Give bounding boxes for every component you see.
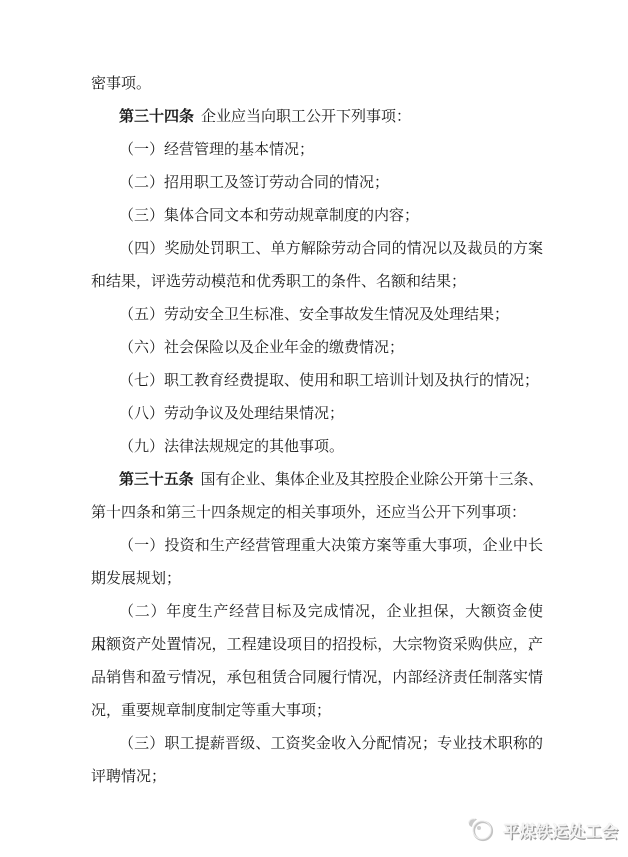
document-line: 品销售和盈亏情况，承包租赁合同履行情况，内部经济责任制落实情 <box>91 662 543 695</box>
document-line: （七）职工教育经费提取、使用和职工培训计划及执行的情况； <box>91 365 543 398</box>
document-line: （五）劳动安全卫生标准、安全事故发生情况及处理结果； <box>91 299 543 332</box>
document-line: （一）经营管理的基本情况； <box>91 134 543 167</box>
document-line: （一）投资和生产经营管理重大决策方案等重大事项，企业中长 <box>91 530 543 563</box>
union-logo-icon <box>464 813 498 847</box>
document-line: 第三十五条国有企业、集体企业及其控股企业除公开第十三条、 <box>91 464 543 497</box>
line-text: 第十四条和第三十四条规定的相关事项外，还应当公开下列事项： <box>91 505 526 521</box>
line-text: 国有企业、集体企业及其控股企业除公开第十三条、 <box>201 472 543 488</box>
line-text: 密事项。 <box>91 76 151 92</box>
line-text: （一）投资和生产经营管理重大决策方案等重大事项，企业中长 <box>119 538 543 554</box>
line-text: （六）社会保险以及企业年金的缴费情况； <box>119 340 404 356</box>
document-line: （八）劳动争议及处理结果情况； <box>91 398 543 431</box>
line-text: 评聘情况； <box>91 769 166 785</box>
line-text: 况，重要规章制度制定等重大事项； <box>91 703 331 719</box>
document-line: 密事项。 <box>91 68 543 101</box>
line-text: （二）招用职工及签订劳动合同的情况； <box>119 175 389 191</box>
line-text: （九）法律法规规定的其他事项。 <box>119 439 344 455</box>
line-text: 企业应当向职工公开下列事项： <box>201 109 411 125</box>
line-text: （三）集体合同文本和劳动规章制度的内容； <box>119 208 419 224</box>
document-line: （二）招用职工及签订劳动合同的情况； <box>91 167 543 200</box>
line-text: （三）职工提薪晋级、工资奖金收入分配情况；专业技术职称的 <box>119 736 543 752</box>
line-text: 期发展规划； <box>91 571 181 587</box>
line-text: （五）劳动安全卫生标准、安全事故发生情况及处理结果； <box>119 307 509 323</box>
line-text: （七）职工教育经费提取、使用和职工培训计划及执行的情况； <box>119 373 539 389</box>
line-text: （八）劳动争议及处理结果情况； <box>119 406 344 422</box>
line-text: 大额资产处置情况，工程建设项目的招投标，大宗物资采购供应，产 <box>91 637 543 653</box>
line-text: 品销售和盈亏情况，承包租赁合同履行情况，内部经济责任制落实情 <box>91 670 543 686</box>
document-line: 评聘情况； <box>91 761 543 794</box>
document-line: 第十四条和第三十四条规定的相关事项外，还应当公开下列事项： <box>91 497 543 530</box>
document-line: （四）奖励处罚职工、单方解除劳动合同的情况以及裁员的方案 <box>91 233 543 266</box>
document-line: （三）集体合同文本和劳动规章制度的内容； <box>91 200 543 233</box>
document-line: 和结果，评选劳动模范和优秀职工的条件、名额和结果； <box>91 266 543 299</box>
document-body: 密事项。第三十四条企业应当向职工公开下列事项：（一）经营管理的基本情况；（二）招… <box>91 68 543 794</box>
document-line: 大额资产处置情况，工程建设项目的招投标，大宗物资采购供应，产 <box>91 629 543 662</box>
document-line: （三）职工提薪晋级、工资奖金收入分配情况；专业技术职称的 <box>91 728 543 761</box>
watermark: 平煤铁运处工会 <box>464 812 619 848</box>
line-text: （一）经营管理的基本情况； <box>119 142 314 158</box>
document-line: 第三十四条企业应当向职工公开下列事项： <box>91 101 543 134</box>
article-lead: 第三十五条 <box>119 472 194 488</box>
document-line: 期发展规划； <box>91 563 543 596</box>
article-lead: 第三十四条 <box>119 109 194 125</box>
document-line: （六）社会保险以及企业年金的缴费情况； <box>91 332 543 365</box>
page: { "colors": { "page_background": "#fffff… <box>0 0 628 857</box>
brand-text: 平煤铁运处工会 <box>503 819 619 842</box>
document-line: （二）年度生产经营目标及完成情况，企业担保，大额资金使用、 <box>91 596 543 629</box>
document-line: （九）法律法规规定的其他事项。 <box>91 431 543 464</box>
line-text: 和结果，评选劳动模范和优秀职工的条件、名额和结果； <box>91 274 466 290</box>
document-line: 况，重要规章制度制定等重大事项； <box>91 695 543 728</box>
line-text: （四）奖励处罚职工、单方解除劳动合同的情况以及裁员的方案 <box>119 241 543 257</box>
